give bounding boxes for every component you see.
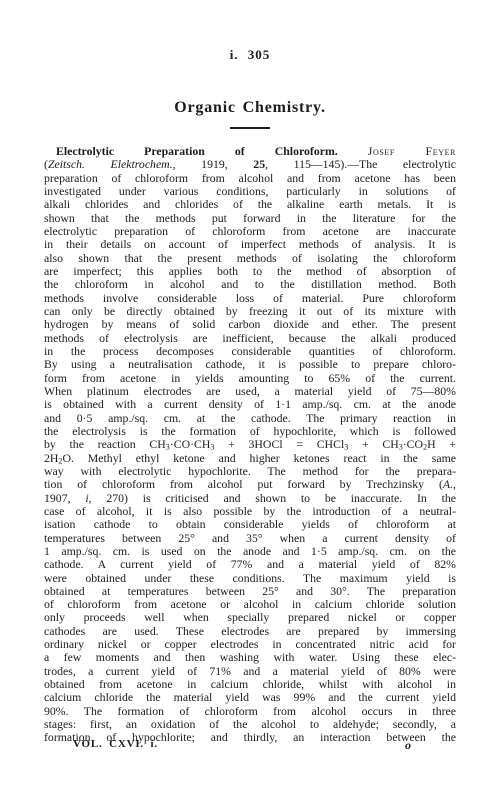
text-line: shown that the methods put forward in th… xyxy=(44,212,456,225)
text-line: 1 amp./sq. cm. is used on the anode and … xyxy=(44,545,456,558)
section-title: Organic Chemistry. xyxy=(0,99,500,117)
text-line: trodes, a current yield of 71% and a mat… xyxy=(44,665,456,678)
text-segment: stages: first, an oxidation of the alcoh… xyxy=(44,717,456,731)
text-line: (Zeitsch. Elektrochem., 1919, 25, 115—14… xyxy=(44,158,456,171)
text-segment: 1919, xyxy=(176,157,254,171)
text-line: the chloroform in alcohol and to the dis… xyxy=(44,278,456,291)
text-line: Electrolytic Preparation of Chloroform. … xyxy=(44,145,456,158)
text-segment: in their details on account of imperfect… xyxy=(44,237,456,251)
text-segment: , 270) is criticised and shown to be ina… xyxy=(89,491,456,505)
text-segment: way with electrolytic hypochlorite. The … xyxy=(44,464,456,478)
text-segment: alkali chlorides and chlorides of the al… xyxy=(44,197,456,211)
text-line: ordinary nickel or copper electrodes in … xyxy=(44,638,456,651)
text-segment: Zeitsch. Elektrochem., xyxy=(48,157,176,171)
text-line: is obtained with a current density of 1·… xyxy=(44,398,456,411)
text-line: methods of electrolysis are inefficient,… xyxy=(44,332,456,345)
text-line: cathodes are used. These electrodes are … xyxy=(44,625,456,638)
text-line: preparation of chloroform from alcohol a… xyxy=(44,172,456,185)
text-line: When platinum electrodes are used, a mat… xyxy=(44,385,456,398)
text-segment: ·CO·CH xyxy=(170,437,211,451)
text-line: 2H2O. Methyl ethyl ketone and higher ket… xyxy=(44,452,456,465)
text-segment: tion of chloroform from alcohol put forw… xyxy=(44,477,443,491)
text-line: 1907, i, 270) is criticised and shown to… xyxy=(44,492,456,505)
text-segment: Josef Feyer xyxy=(368,144,456,158)
text-segment: Electrolytic Preparation of Chloroform. xyxy=(56,144,368,158)
text-segment: shown that the methods put forward in th… xyxy=(44,211,456,225)
text-line: 90%. The formation of chloroform from al… xyxy=(44,705,456,718)
text-segment: a few moments and then washing with wate… xyxy=(44,650,456,664)
text-segment: temperatures between 25° and 35° when a … xyxy=(44,531,456,545)
text-segment: trodes, a current yield of 71% and a mat… xyxy=(44,664,456,678)
text-segment: + 3HOCl = CHCl xyxy=(214,437,344,451)
text-segment: When platinum electrodes are used, a mat… xyxy=(44,384,456,398)
title-rule-divider xyxy=(230,127,270,129)
text-line: methods involve considerable loss of mat… xyxy=(44,292,456,305)
text-line: cathode. A current yield of 77% and a ma… xyxy=(44,558,456,571)
text-segment: 1907, xyxy=(44,491,85,505)
text-segment: also shown that the present methods of i… xyxy=(44,251,456,265)
text-segment: obtained from acetone in calcium chlorid… xyxy=(44,677,456,691)
text-segment: ·CO xyxy=(403,437,423,451)
text-line: are imperfect; this applies both to the … xyxy=(44,265,456,278)
text-segment: 90%. The formation of chloroform from al… xyxy=(44,704,456,718)
text-segment: , 115—145).—The electrolytic xyxy=(265,157,456,171)
text-line: the electrolysis is the formation of hyp… xyxy=(44,425,456,438)
text-line: way with electrolytic hypochlorite. The … xyxy=(44,465,456,478)
text-segment: cathodes are used. These electrodes are … xyxy=(44,624,456,638)
page-number: i. 305 xyxy=(0,47,500,63)
text-segment: ordinary nickel or copper electrodes in … xyxy=(44,637,456,651)
text-line: in the process decomposes considerable q… xyxy=(44,345,456,358)
text-segment: in the process decomposes considerable q… xyxy=(44,344,456,358)
text-line: and 0·5 amp./sq. cm. at the cathode. The… xyxy=(44,412,456,425)
text-segment: A. xyxy=(443,477,453,491)
text-line: were obtained under these conditions. Th… xyxy=(44,572,456,585)
text-segment: can only be directly obtained by freezin… xyxy=(44,304,456,318)
text-line: also shown that the present methods of i… xyxy=(44,252,456,265)
journal-page: i. 305 Organic Chemistry. Electrolytic P… xyxy=(0,0,500,810)
text-segment: cathode. A current yield of 77% and a ma… xyxy=(44,557,456,571)
text-segment: 1 amp./sq. cm. is used on the anode and … xyxy=(44,544,456,558)
text-segment: methods involve considerable loss of mat… xyxy=(44,291,456,305)
text-segment: case of alcohol, it is also possible by … xyxy=(44,504,456,518)
text-line: electrolytic preparation of chloroform f… xyxy=(44,225,456,238)
text-segment: is obtained with a current density of 1·… xyxy=(44,397,456,411)
text-line: alkali chlorides and chlorides of the al… xyxy=(44,198,456,211)
text-segment: and 0·5 amp./sq. cm. at the cathode. The… xyxy=(44,411,456,425)
text-segment: isation cathode to obtain considerable y… xyxy=(44,517,456,531)
text-segment: obtained at temperatures between 25° and… xyxy=(44,584,456,598)
text-line: case of alcohol, it is also possible by … xyxy=(44,505,456,518)
text-segment: were obtained under these conditions. Th… xyxy=(44,571,456,585)
text-segment: the electrolysis is the formation of hyp… xyxy=(44,424,456,438)
text-segment: O. Methyl ethyl ketone and higher ketone… xyxy=(62,451,456,465)
text-line: temperatures between 25° and 35° when a … xyxy=(44,532,456,545)
text-segment: form from acetone in yields amounting to… xyxy=(44,371,456,385)
article-body: Electrolytic Preparation of Chloroform. … xyxy=(44,145,456,745)
text-segment: 2H xyxy=(44,451,58,465)
text-segment: by the reaction CH xyxy=(44,437,166,451)
text-segment: preparation of chloroform from alcohol a… xyxy=(44,171,456,185)
text-line: calcium chloride the material yield was … xyxy=(44,691,456,704)
text-segment: By using a neutralisation cathode, it is… xyxy=(44,357,456,371)
text-segment: the chloroform in alcohol and to the dis… xyxy=(44,277,456,291)
text-segment: , xyxy=(453,477,456,491)
printer-signature: o xyxy=(405,738,411,753)
text-segment: 25 xyxy=(253,157,265,171)
text-line: only proceeds well when specially prepar… xyxy=(44,611,456,624)
text-segment: of chloroform from acetone or alcohol in… xyxy=(44,597,456,611)
text-line: hydrogen by means of solid carbon dioxid… xyxy=(44,318,456,331)
text-line: isation cathode to obtain considerable y… xyxy=(44,518,456,531)
text-line: stages: first, an oxidation of the alcoh… xyxy=(44,718,456,731)
text-line: investigated under various conditions, p… xyxy=(44,185,456,198)
text-segment: investigated under various conditions, p… xyxy=(44,184,456,198)
text-line: can only be directly obtained by freezin… xyxy=(44,305,456,318)
text-line: of chloroform from acetone or alcohol in… xyxy=(44,598,456,611)
text-segment: hydrogen by means of solid carbon dioxid… xyxy=(44,317,456,331)
text-line: obtained from acetone in calcium chlorid… xyxy=(44,678,456,691)
text-segment: electrolytic preparation of chloroform f… xyxy=(44,224,456,238)
text-segment: calcium chloride the material yield was … xyxy=(44,690,456,704)
text-segment: only proceeds well when specially prepar… xyxy=(44,610,456,624)
text-line: form from acetone in yields amounting to… xyxy=(44,372,456,385)
text-line: in their details on account of imperfect… xyxy=(44,238,456,251)
page-footer: VOL. CXVI. i. o xyxy=(44,738,456,752)
text-line: by the reaction CH3·CO·CH3 + 3HOCl = CHC… xyxy=(44,438,456,451)
text-line: a few moments and then washing with wate… xyxy=(44,651,456,664)
text-segment: + CH xyxy=(348,437,398,451)
text-line: obtained at temperatures between 25° and… xyxy=(44,585,456,598)
text-line: By using a neutralisation cathode, it is… xyxy=(44,358,456,371)
volume-label: VOL. CXVI. i. xyxy=(73,738,158,750)
text-segment: H + xyxy=(427,437,456,451)
text-segment: are imperfect; this applies both to the … xyxy=(44,264,456,278)
text-line: tion of chloroform from alcohol put forw… xyxy=(44,478,456,491)
text-segment: methods of electrolysis are inefficient,… xyxy=(44,331,456,345)
